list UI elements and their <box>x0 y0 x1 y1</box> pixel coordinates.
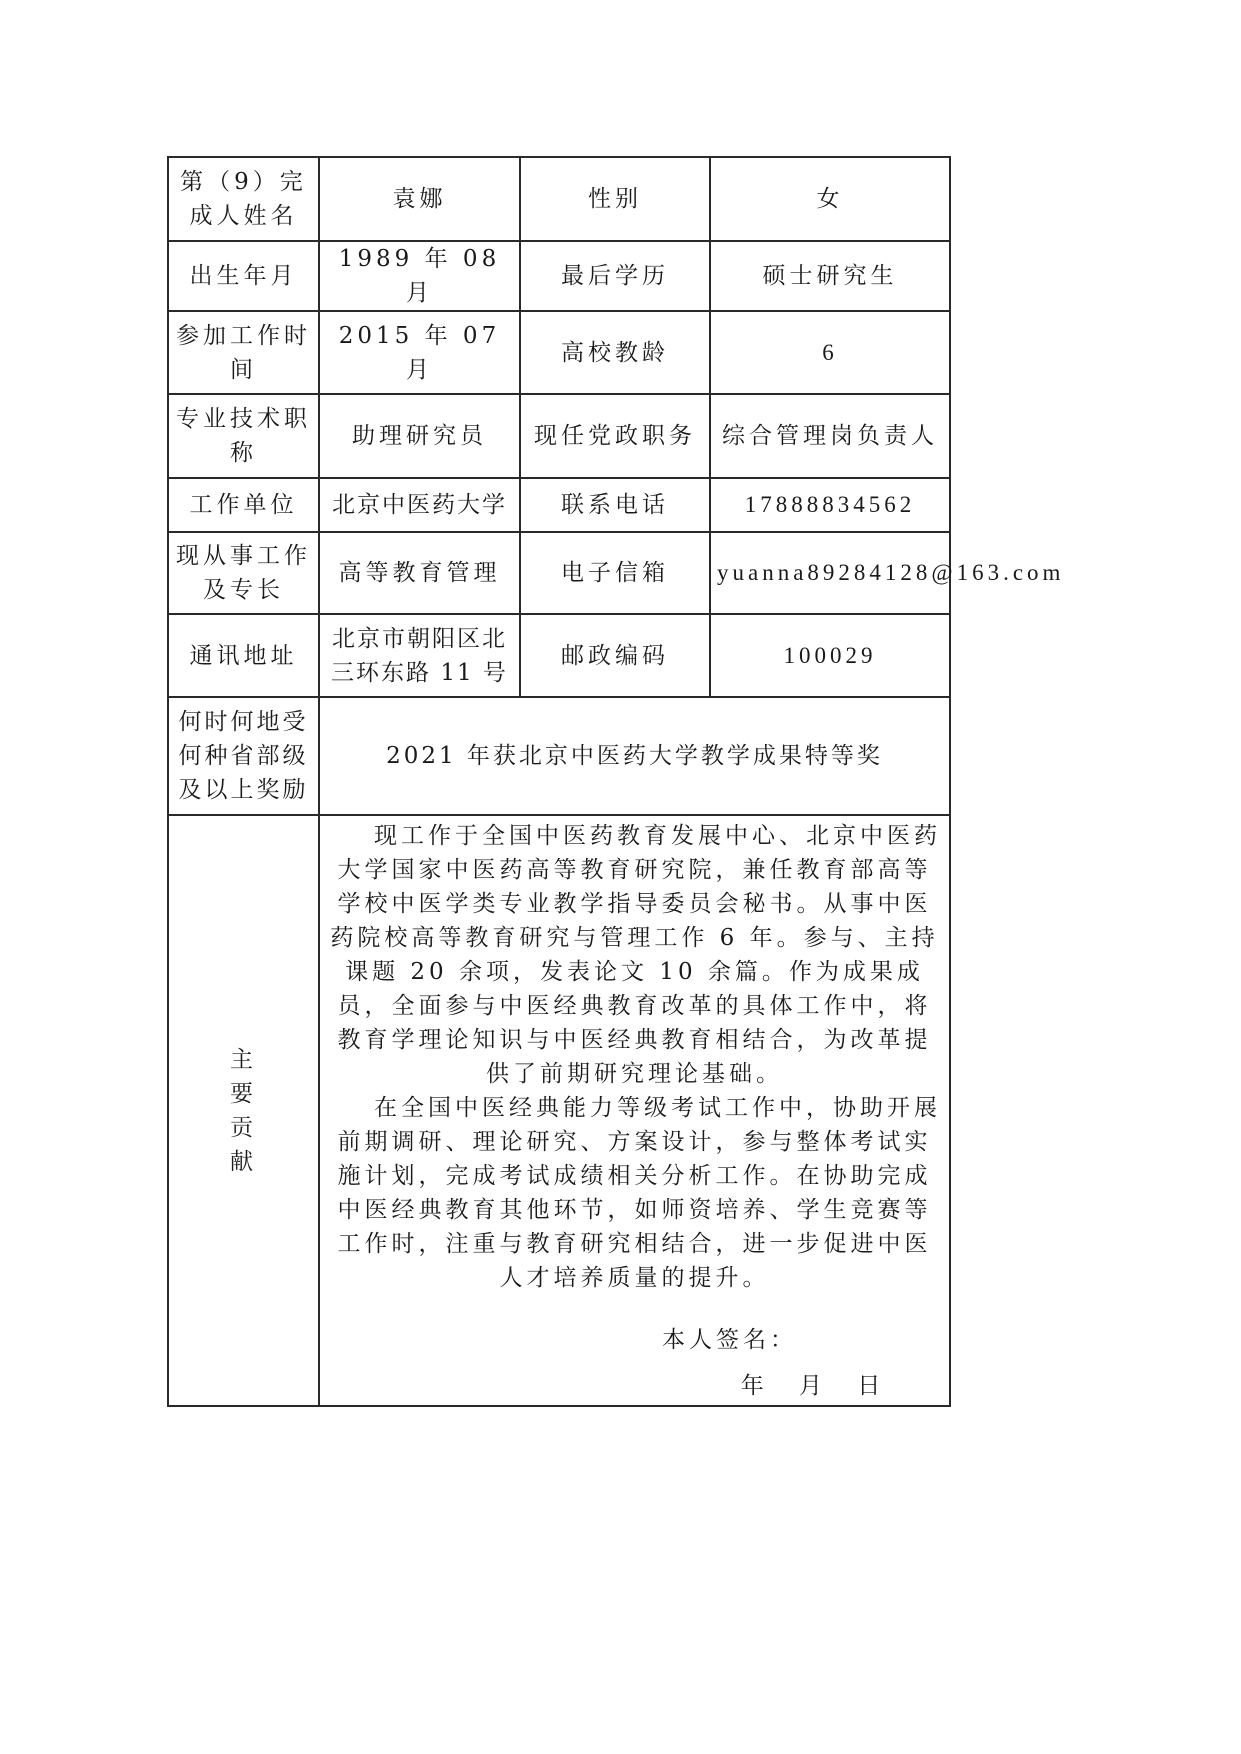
label-employer: 工作单位 <box>168 478 319 532</box>
document-page: 第（9）完成人姓名 袁娜 性别 女 出生年月 1989 年 08 月 最后学历 … <box>0 0 1241 1754</box>
value-work-start: 2015 年 07 月 <box>319 311 520 394</box>
value-contribution: 现工作于全国中医药教育发展中心、北京中医药大学国家中医药高等教育研究院，兼任教育… <box>319 815 950 1406</box>
row-title: 专业技术职称 助理研究员 现任党政职务 综合管理岗负责人 <box>168 394 950 478</box>
value-awards: 2021 年获北京中医药大学教学成果特等奖 <box>319 697 950 815</box>
label-birth: 出生年月 <box>168 241 319 311</box>
date-month: 月 <box>799 1373 822 1399</box>
value-title: 助理研究员 <box>319 394 520 478</box>
label-char: 贡 <box>175 1111 312 1145</box>
value-gender: 女 <box>710 157 950 241</box>
signature-line: 本人签名： <box>326 1323 943 1357</box>
value-phone: 17888834562 <box>710 478 950 532</box>
label-address: 通讯地址 <box>168 614 319 697</box>
date-line: 年 月 日 <box>326 1369 943 1403</box>
row-awards: 何时何地受何种省部级及以上奖励 2021 年获北京中医药大学教学成果特等奖 <box>168 697 950 815</box>
label-title: 专业技术职称 <box>168 394 319 478</box>
value-specialty: 高等教育管理 <box>319 532 520 614</box>
label-education: 最后学历 <box>520 241 710 311</box>
value-education: 硕士研究生 <box>710 241 950 311</box>
date-year: 年 <box>741 1373 764 1399</box>
label-char: 主 <box>175 1043 312 1077</box>
row-birth: 出生年月 1989 年 08 月 最后学历 硕士研究生 <box>168 241 950 311</box>
label-postcode: 邮政编码 <box>520 614 710 697</box>
contribution-paragraph: 现工作于全国中医药教育发展中心、北京中医药大学国家中医药高等教育研究院，兼任教育… <box>326 819 943 1091</box>
label-position: 现任党政职务 <box>520 394 710 478</box>
personal-info-form: 第（9）完成人姓名 袁娜 性别 女 出生年月 1989 年 08 月 最后学历 … <box>167 156 951 1407</box>
row-name: 第（9）完成人姓名 袁娜 性别 女 <box>168 157 950 241</box>
label-phone: 联系电话 <box>520 478 710 532</box>
label-contribution: 主 要 贡 献 <box>168 815 319 1406</box>
value-birth: 1989 年 08 月 <box>319 241 520 311</box>
value-address: 北京市朝阳区北三环东路 11 号 <box>319 614 520 697</box>
value-postcode: 100029 <box>710 614 950 697</box>
date-day: 日 <box>857 1373 880 1399</box>
label-awards: 何时何地受何种省部级及以上奖励 <box>168 697 319 815</box>
row-specialty: 现从事工作及专长 高等教育管理 电子信箱 yuanna89284128@163.… <box>168 532 950 614</box>
row-address: 通讯地址 北京市朝阳区北三环东路 11 号 邮政编码 100029 <box>168 614 950 697</box>
value-employer: 北京中医药大学 <box>319 478 520 532</box>
label-work-start: 参加工作时间 <box>168 311 319 394</box>
label-gender: 性别 <box>520 157 710 241</box>
contribution-paragraph: 在全国中医经典能力等级考试工作中，协助开展前期调研、理论研究、方案设计，参与整体… <box>326 1091 943 1295</box>
row-contribution: 主 要 贡 献 现工作于全国中医药教育发展中心、北京中医药大学国家中医药高等教育… <box>168 815 950 1406</box>
label-name: 第（9）完成人姓名 <box>168 157 319 241</box>
row-employer: 工作单位 北京中医药大学 联系电话 17888834562 <box>168 478 950 532</box>
label-char: 要 <box>175 1077 312 1111</box>
value-teaching-years: 6 <box>710 311 950 394</box>
value-position: 综合管理岗负责人 <box>710 394 950 478</box>
label-email: 电子信箱 <box>520 532 710 614</box>
value-name: 袁娜 <box>319 157 520 241</box>
label-char: 献 <box>175 1145 312 1179</box>
row-work-start: 参加工作时间 2015 年 07 月 高校教龄 6 <box>168 311 950 394</box>
label-specialty: 现从事工作及专长 <box>168 532 319 614</box>
label-teaching-years: 高校教龄 <box>520 311 710 394</box>
value-email: yuanna89284128@163.com <box>710 532 950 614</box>
